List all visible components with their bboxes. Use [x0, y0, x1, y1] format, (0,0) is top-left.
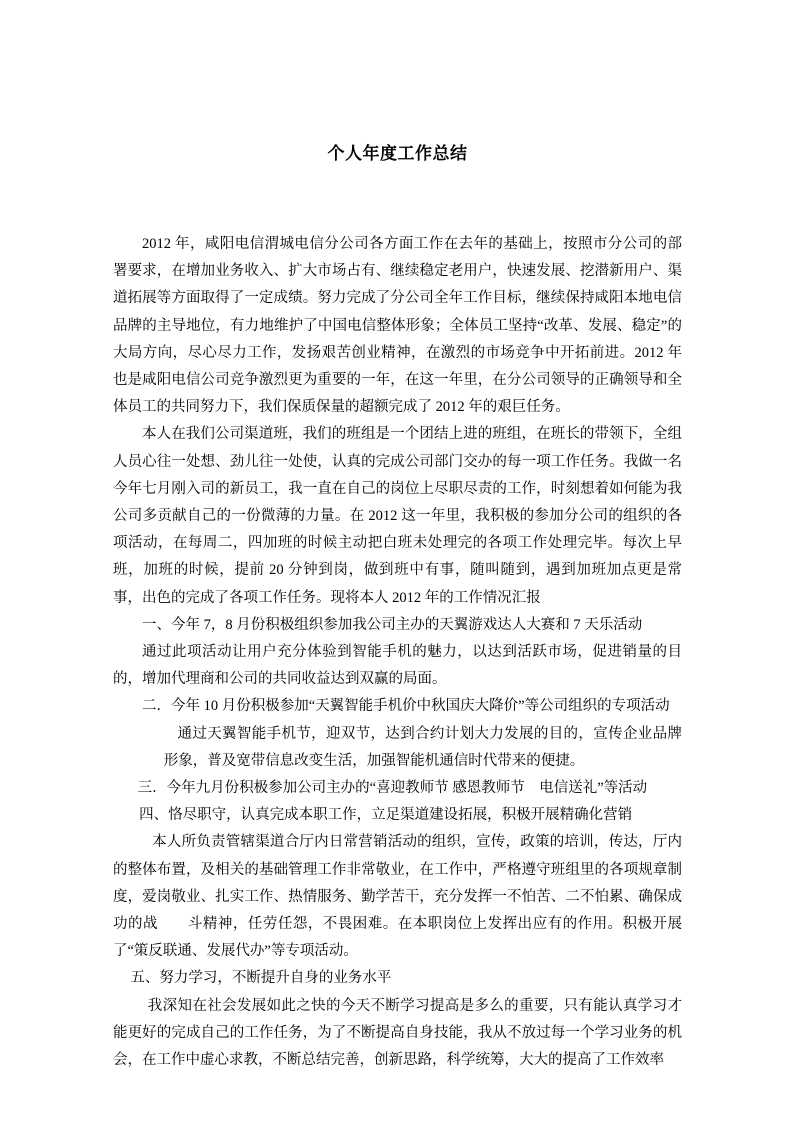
- list-item-4-heading: 四、恪尽职守，认真完成本职工作，立足渠道建设拓展，积极开展精确化营销: [113, 802, 682, 829]
- list-item-1-heading: 一、今年 7，8 月份积极组织参加我公司主办的天翼游戏达人大赛和 7 天乐活动: [113, 612, 682, 639]
- intro-paragraph-2: 本人在我们公司渠道班，我们的班组是一个团结上进的班组，在班长的带领下，全组人员心…: [113, 421, 682, 611]
- list-item-4-body: 本人所负责管辖渠道合厅内日常营销活动的组织，宣传，政策的培训，传达，厅内的整体布…: [113, 829, 682, 965]
- intro-paragraph-1: 2012 年，咸阳电信渭城电信分公司各方面工作在去年的基础上，按照市分公司的部署…: [113, 231, 682, 421]
- list-item-3-heading: 三．今年九月份积极参加公司主办的“喜迎教师节 感恩教师节 电信送礼”等活动: [113, 775, 682, 802]
- list-item-5-body: 我深知在社会发展如此之快的今天不断学习提高是多么的重要，只有能认真学习才能更好的…: [113, 993, 682, 1075]
- list-item-1-body: 通过此项活动让用户充分体验到智能手机的魅力，以达到活跃市场，促进销量的目的，增加…: [113, 639, 682, 693]
- list-item-2-body: 通过天翼智能手机节，迎双节，达到合约计划大力发展的目的，宣传企业品牌形象，普及宽…: [113, 721, 682, 775]
- document-title: 个人年度工作总结: [113, 140, 682, 168]
- document-page: 个人年度工作总结 2012 年，咸阳电信渭城电信分公司各方面工作在去年的基础上，…: [0, 0, 794, 1123]
- list-item-2-heading: 二．今年 10 月份积极参加“天翼智能手机价中秋国庆大降价”等公司组织的专项活动: [113, 693, 682, 720]
- list-item-5-heading: 五、努力学习，不断提升自身的业务水平: [113, 965, 682, 992]
